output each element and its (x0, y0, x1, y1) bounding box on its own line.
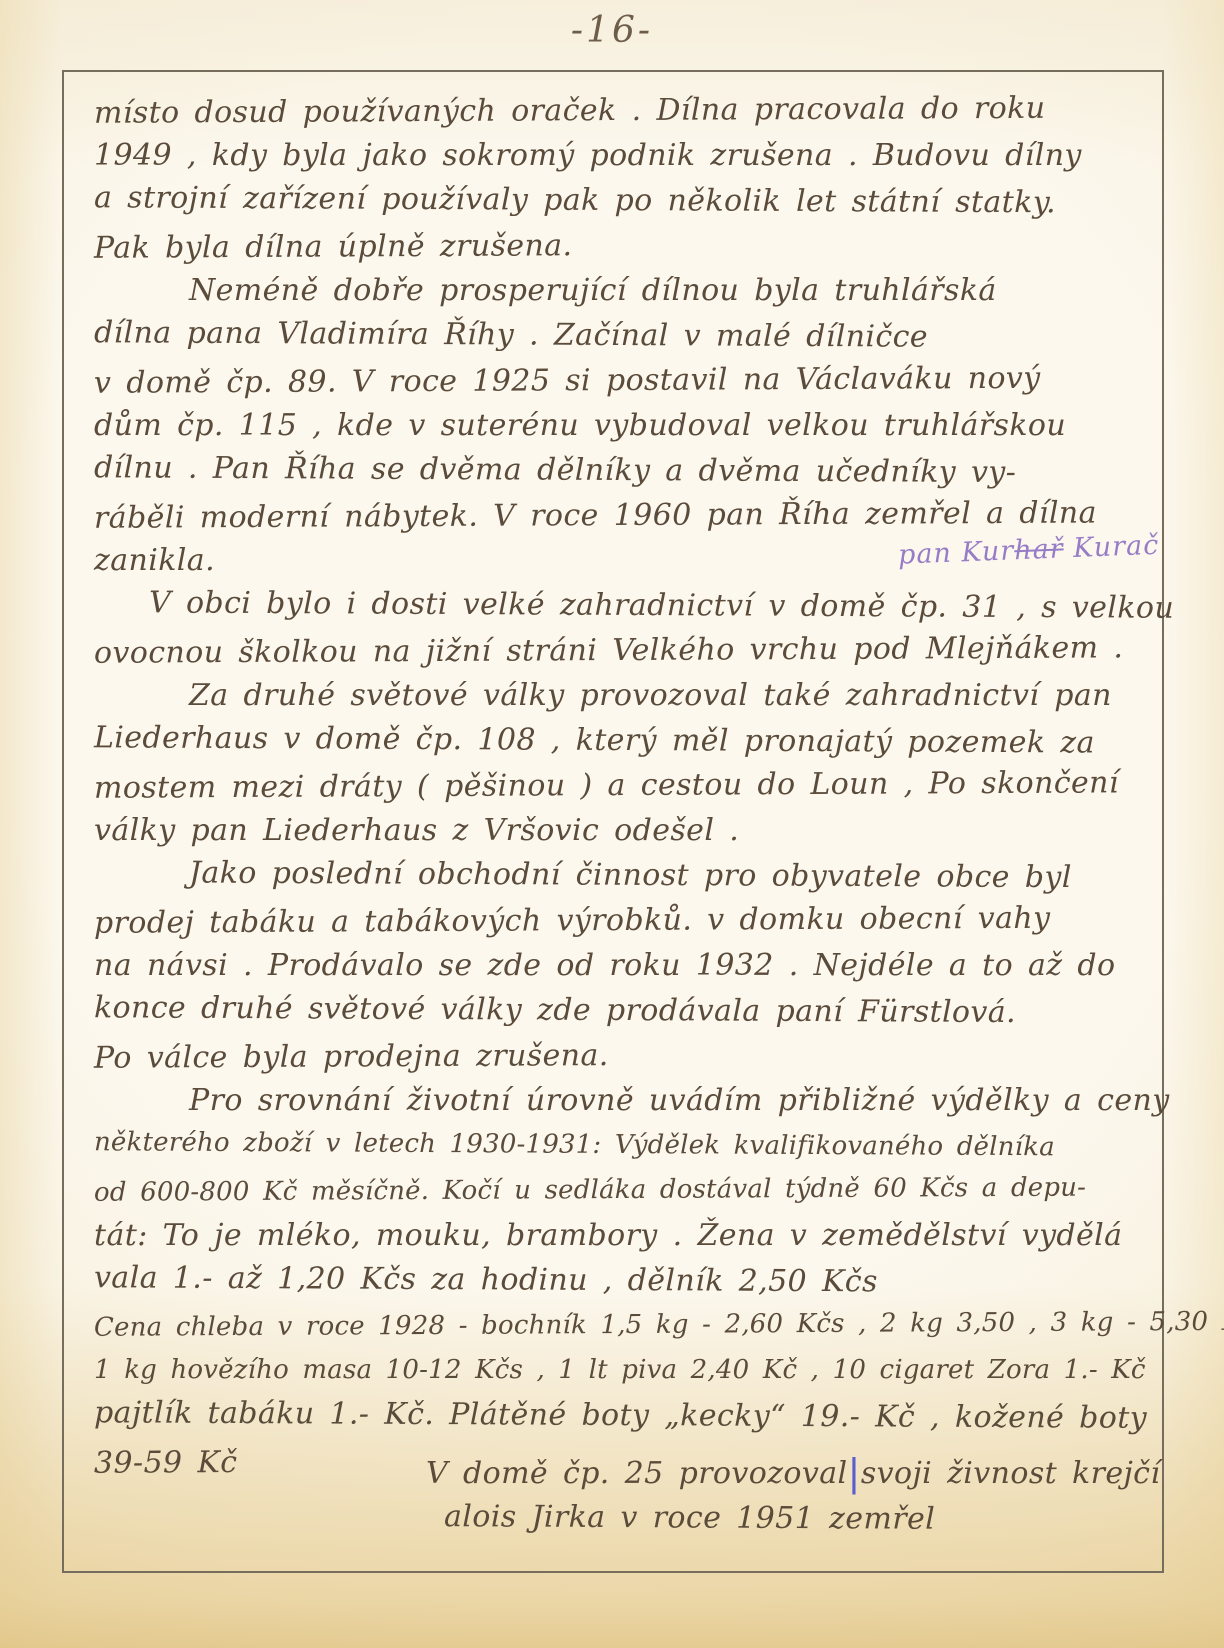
annotation-struck-word: hař (1014, 533, 1065, 566)
handwritten-line: dílnu . Pan Říha se dvěma dělníky a dvěm… (94, 445, 1148, 496)
handwritten-line: pajtlík tabáku 1.- Kč. Plátěné boty „kec… (94, 1390, 1148, 1441)
handwritten-line: od 600-800 Kč měsíčně. Kočí u sedláka do… (94, 1165, 1148, 1216)
handwritten-line: 1 kg hovězího masa 10-12 Kčs , 1 lt piva… (94, 1348, 1148, 1393)
handwritten-line: tát: To je mléko, mouku, brambory . Žena… (94, 1213, 1148, 1258)
annotation-prefix: pan Kur (898, 535, 1015, 570)
document-page: { "page_number": "-16-", "colors": { "in… (0, 0, 1224, 1648)
handwritten-line: ráběli moderní nábytek. V roce 1960 pan … (94, 490, 1148, 541)
handwritten-line: některého zboží v letech 1930-1931: Výdě… (94, 1120, 1148, 1171)
handwritten-line: místo dosud používaných oraček . Dílna p… (94, 85, 1148, 136)
handwritten-line: dílna pana Vladimíra Říhy . Začínal v ma… (94, 310, 1148, 361)
handwritten-line: 39-59 Kč (94, 1435, 1148, 1486)
handwritten-line: Jako poslední obchodní činnost pro obyva… (189, 850, 1148, 900)
handwritten-line: Liederhaus v domě čp. 108 , který měl pr… (94, 715, 1148, 766)
annotation-suffix: Kurač (1063, 530, 1160, 565)
handwritten-line: na návsi . Prodávalo se zde od roku 1932… (94, 943, 1148, 988)
handwritten-line: Za druhé světové války provozoval také z… (189, 673, 1148, 718)
handwritten-line: Cena chleba v roce 1928 - bochník 1,5 kg… (94, 1300, 1148, 1351)
handwritten-line: V obci bylo i dosti velké zahradnictví v… (149, 580, 1148, 630)
handwritten-line: 1949 , kdy byla jako sokromý podnik zruš… (94, 133, 1148, 178)
handwritten-line: války pan Liederhaus z Vršovic odešel . (94, 808, 1148, 853)
handwritten-text-frame: místo dosud používaných oraček . Dílna p… (62, 70, 1164, 1573)
handwritten-line: Po válce byla prodejna zrušena. (94, 1030, 1148, 1081)
handwritten-line: vala 1.- až 1,20 Kčs za hodinu , dělník … (94, 1255, 1148, 1306)
page-number: -16- (0, 10, 1224, 51)
insertion-mark: | (849, 1445, 860, 1501)
handwritten-line: mostem mezi dráty ( pěšinou ) a cestou d… (94, 760, 1148, 811)
handwritten-line: dům čp. 115 , kde v suterénu vybudoval v… (94, 403, 1148, 448)
handwritten-line: Pak byla dílna úplně zrušena. (94, 220, 1148, 271)
handwritten-line: prodej tabáku a tabákových výrobků. v do… (94, 895, 1148, 946)
handwritten-line: konce druhé světové války zde prodávala … (94, 985, 1148, 1036)
handwritten-line: Pro srovnání životní úrovně uvádím přibl… (189, 1078, 1148, 1123)
handwritten-line: v domě čp. 89. V roce 1925 si postavil n… (94, 355, 1148, 406)
handwritten-line-added: alois Jirka v roce 1951 zemřel (444, 1494, 1148, 1543)
handwritten-line: a strojní zařízení používaly pak po něko… (94, 175, 1148, 226)
handwritten-line: ovocnou školkou na jižní stráni Velkého … (94, 625, 1148, 676)
handwritten-line: Neméně dobře prosperující dílnou byla tr… (189, 268, 1148, 313)
